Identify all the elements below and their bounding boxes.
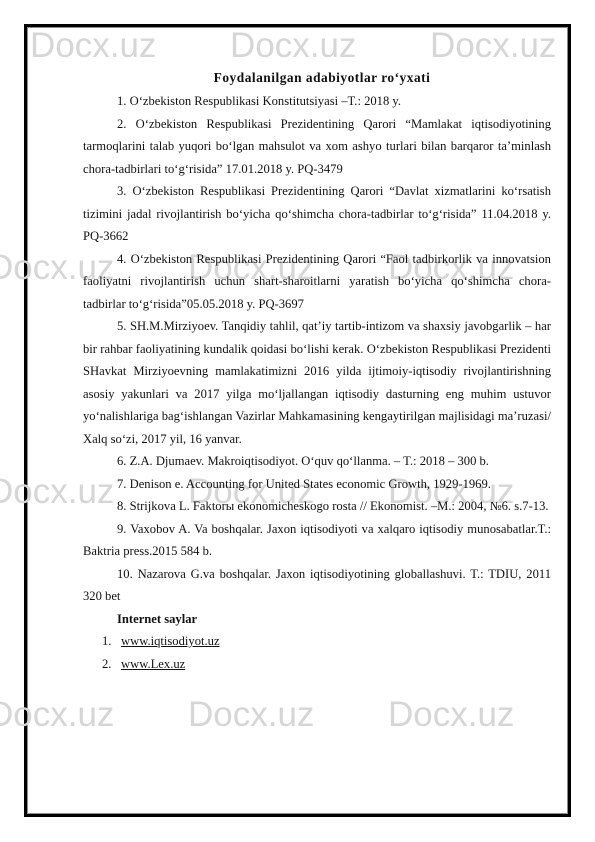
reference-item: 3. O‘zbekiston Respublikasi Prezidentini… <box>83 180 551 248</box>
reference-number: 7. <box>117 477 126 491</box>
reference-number: 2. <box>117 117 126 131</box>
reference-text: O‘zbekiston Respublikasi Prezidentining … <box>83 117 551 176</box>
link-number: 2. <box>102 653 121 676</box>
reference-text: Nazarova G.va boshqalar. Jaxon iqtisodiy… <box>83 567 551 604</box>
reference-item: 7. Denison e. Accounting for United Stat… <box>83 473 551 496</box>
page-title: Foydalanilgan adabiyotlar ro‘yxati <box>83 66 551 89</box>
reference-text: Strijkova L. Faktorы ekonomicheskogo ros… <box>130 499 549 513</box>
internet-links-list: 1.www.iqtisodiyot.uz 2.www.Lex.uz <box>83 630 551 675</box>
internet-sites-heading: Internet saylar <box>83 608 551 631</box>
reference-number: 4. <box>117 252 126 266</box>
reference-item: 8. Strijkova L. Faktorы ekonomicheskogo … <box>83 495 551 518</box>
reference-text: SH.M.Mirziyoev. Tanqidiy tahlil, qat’iy … <box>83 319 551 446</box>
reference-item: 2. O‘zbekiston Respublikasi Prezidentini… <box>83 113 551 181</box>
document-body: Foydalanilgan adabiyotlar ro‘yxati 1. O‘… <box>83 66 551 675</box>
reference-text: Z.A. Djumaev. Makroiqtisodiyot. O‘quv qo… <box>130 454 489 468</box>
reference-item: 6. Z.A. Djumaev. Makroiqtisodiyot. O‘quv… <box>83 450 551 473</box>
link-number: 1. <box>102 630 121 653</box>
reference-number: 8. <box>117 499 126 513</box>
reference-item: 4. O‘zbekiston Respublikasi Prezidentini… <box>83 248 551 316</box>
reference-number: 9. <box>117 522 126 536</box>
reference-text: O‘zbekiston Respublikasi Konstitutsiyasi… <box>130 94 401 108</box>
link-lex[interactable]: www.Lex.uz <box>121 657 185 671</box>
reference-number: 5. <box>117 319 126 333</box>
reference-text: O‘zbekiston Respublikasi Prezidentining … <box>83 184 551 243</box>
reference-text: Denison e. Accounting for United States … <box>130 477 491 491</box>
reference-item: 10. Nazarova G.va boshqalar. Jaxon iqtis… <box>83 563 551 608</box>
reference-text: O‘zbekiston Respublikasi Prezidentining … <box>83 252 551 311</box>
reference-item: 9. Vaxobov A. Va boshqalar. Jaxon iqtiso… <box>83 518 551 563</box>
reference-number: 3. <box>117 184 126 198</box>
list-item: 2.www.Lex.uz <box>83 653 551 676</box>
list-item: 1.www.iqtisodiyot.uz <box>83 630 551 653</box>
reference-item: 1. O‘zbekiston Respublikasi Konstitutsiy… <box>83 90 551 113</box>
link-iqtisodiyot[interactable]: www.iqtisodiyot.uz <box>121 634 220 648</box>
reference-number: 10. <box>117 567 133 581</box>
reference-item: 5. SH.M.Mirziyoev. Tanqidiy tahlil, qat’… <box>83 315 551 450</box>
reference-number: 6. <box>117 454 126 468</box>
reference-number: 1. <box>117 94 126 108</box>
reference-text: Vaxobov A. Va boshqalar. Jaxon iqtisodiy… <box>83 522 551 559</box>
